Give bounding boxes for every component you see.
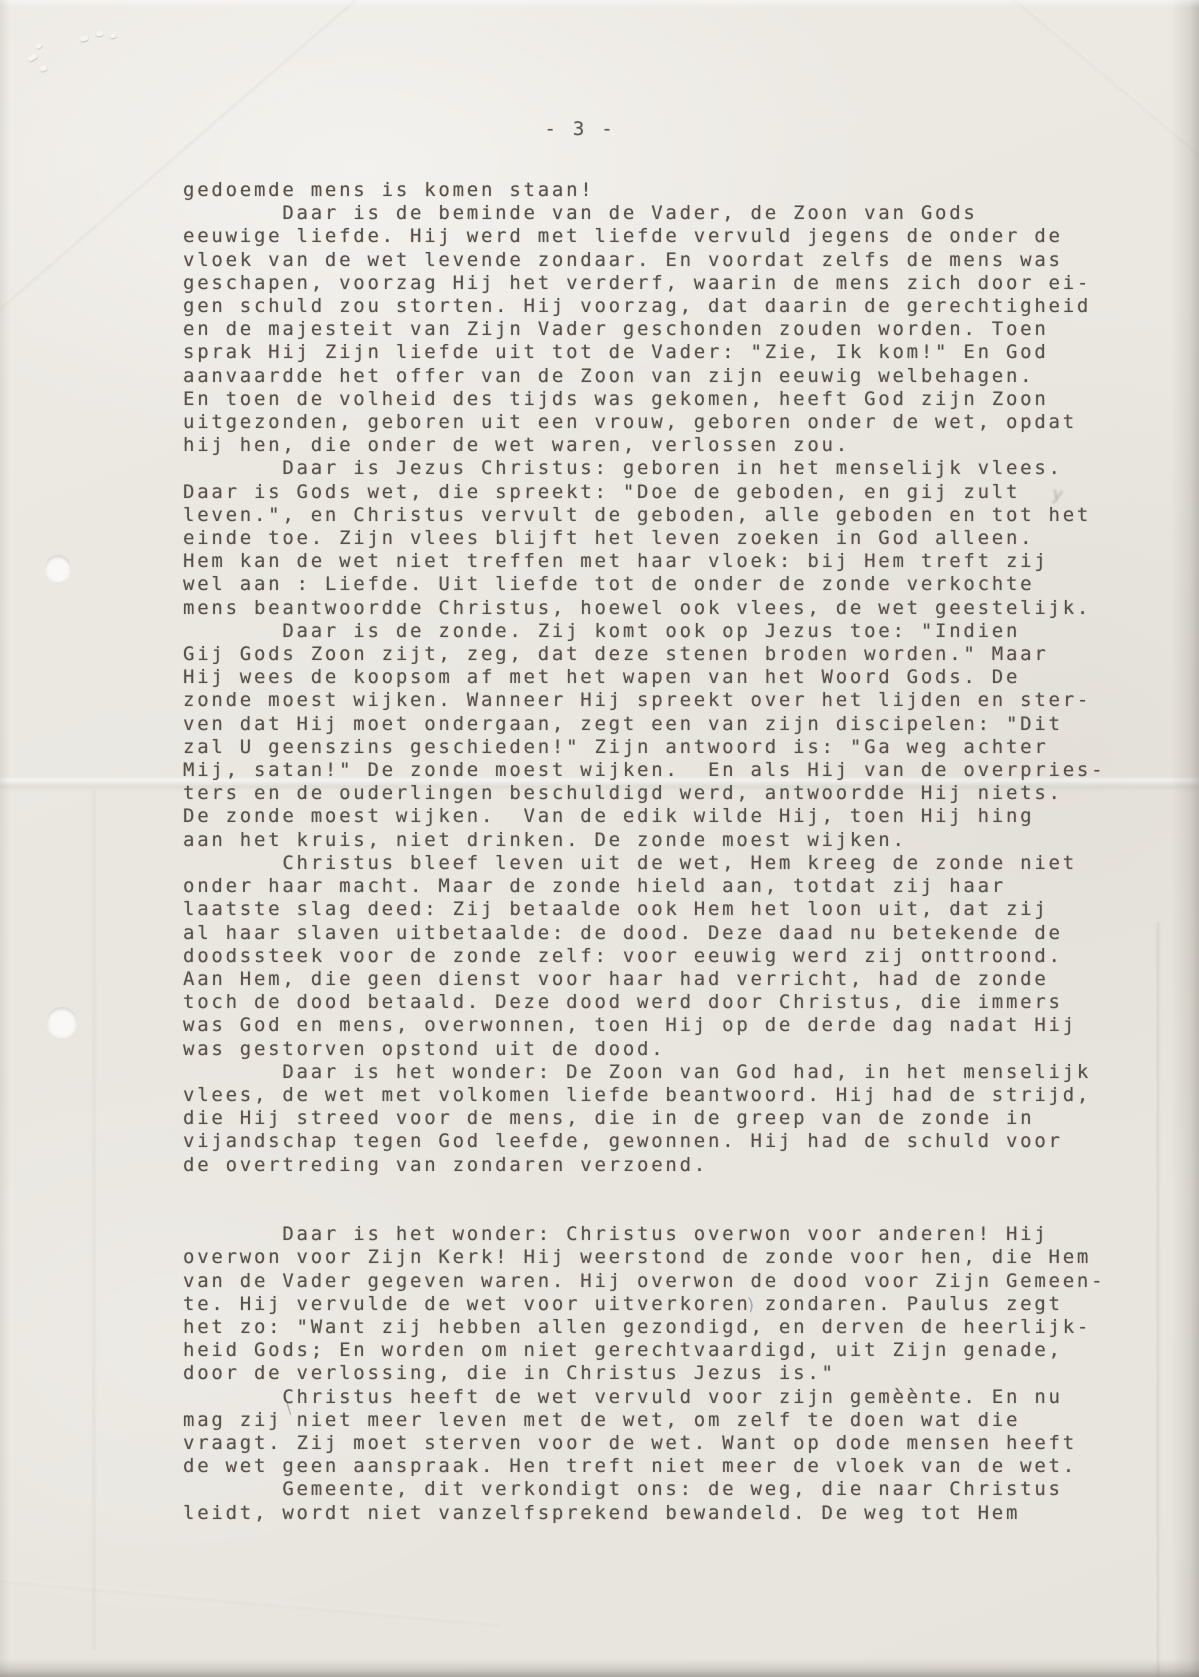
page-number: - 3 - [500,118,660,140]
scan-edge-right-crease [1157,922,1159,1677]
crease-top-right [986,0,1199,208]
staple-mark [79,35,88,42]
staple-mark [110,33,117,38]
staple-mark [96,30,104,36]
scan-edge-right [1171,0,1199,1677]
scan-edge-bottom [0,1659,1199,1677]
scanned-page: - 3 - gedoemde mens is komen staan! Daar… [0,0,1199,1677]
blue-pen-mark: ) [745,1295,757,1316]
staple-mark [27,53,37,62]
hole-punch-top [45,555,71,581]
scan-edge-left [0,0,10,1677]
hole-punch-bottom [47,1007,77,1037]
crease-left-vertical [93,790,95,1650]
staple-mark [39,65,47,72]
staple-mark [35,43,42,50]
scan-edge-top [0,0,1199,8]
typewritten-text: gedoemde mens is komen staan! Daar is de… [183,179,1143,1525]
crease-bottom-left [0,1577,499,1625]
